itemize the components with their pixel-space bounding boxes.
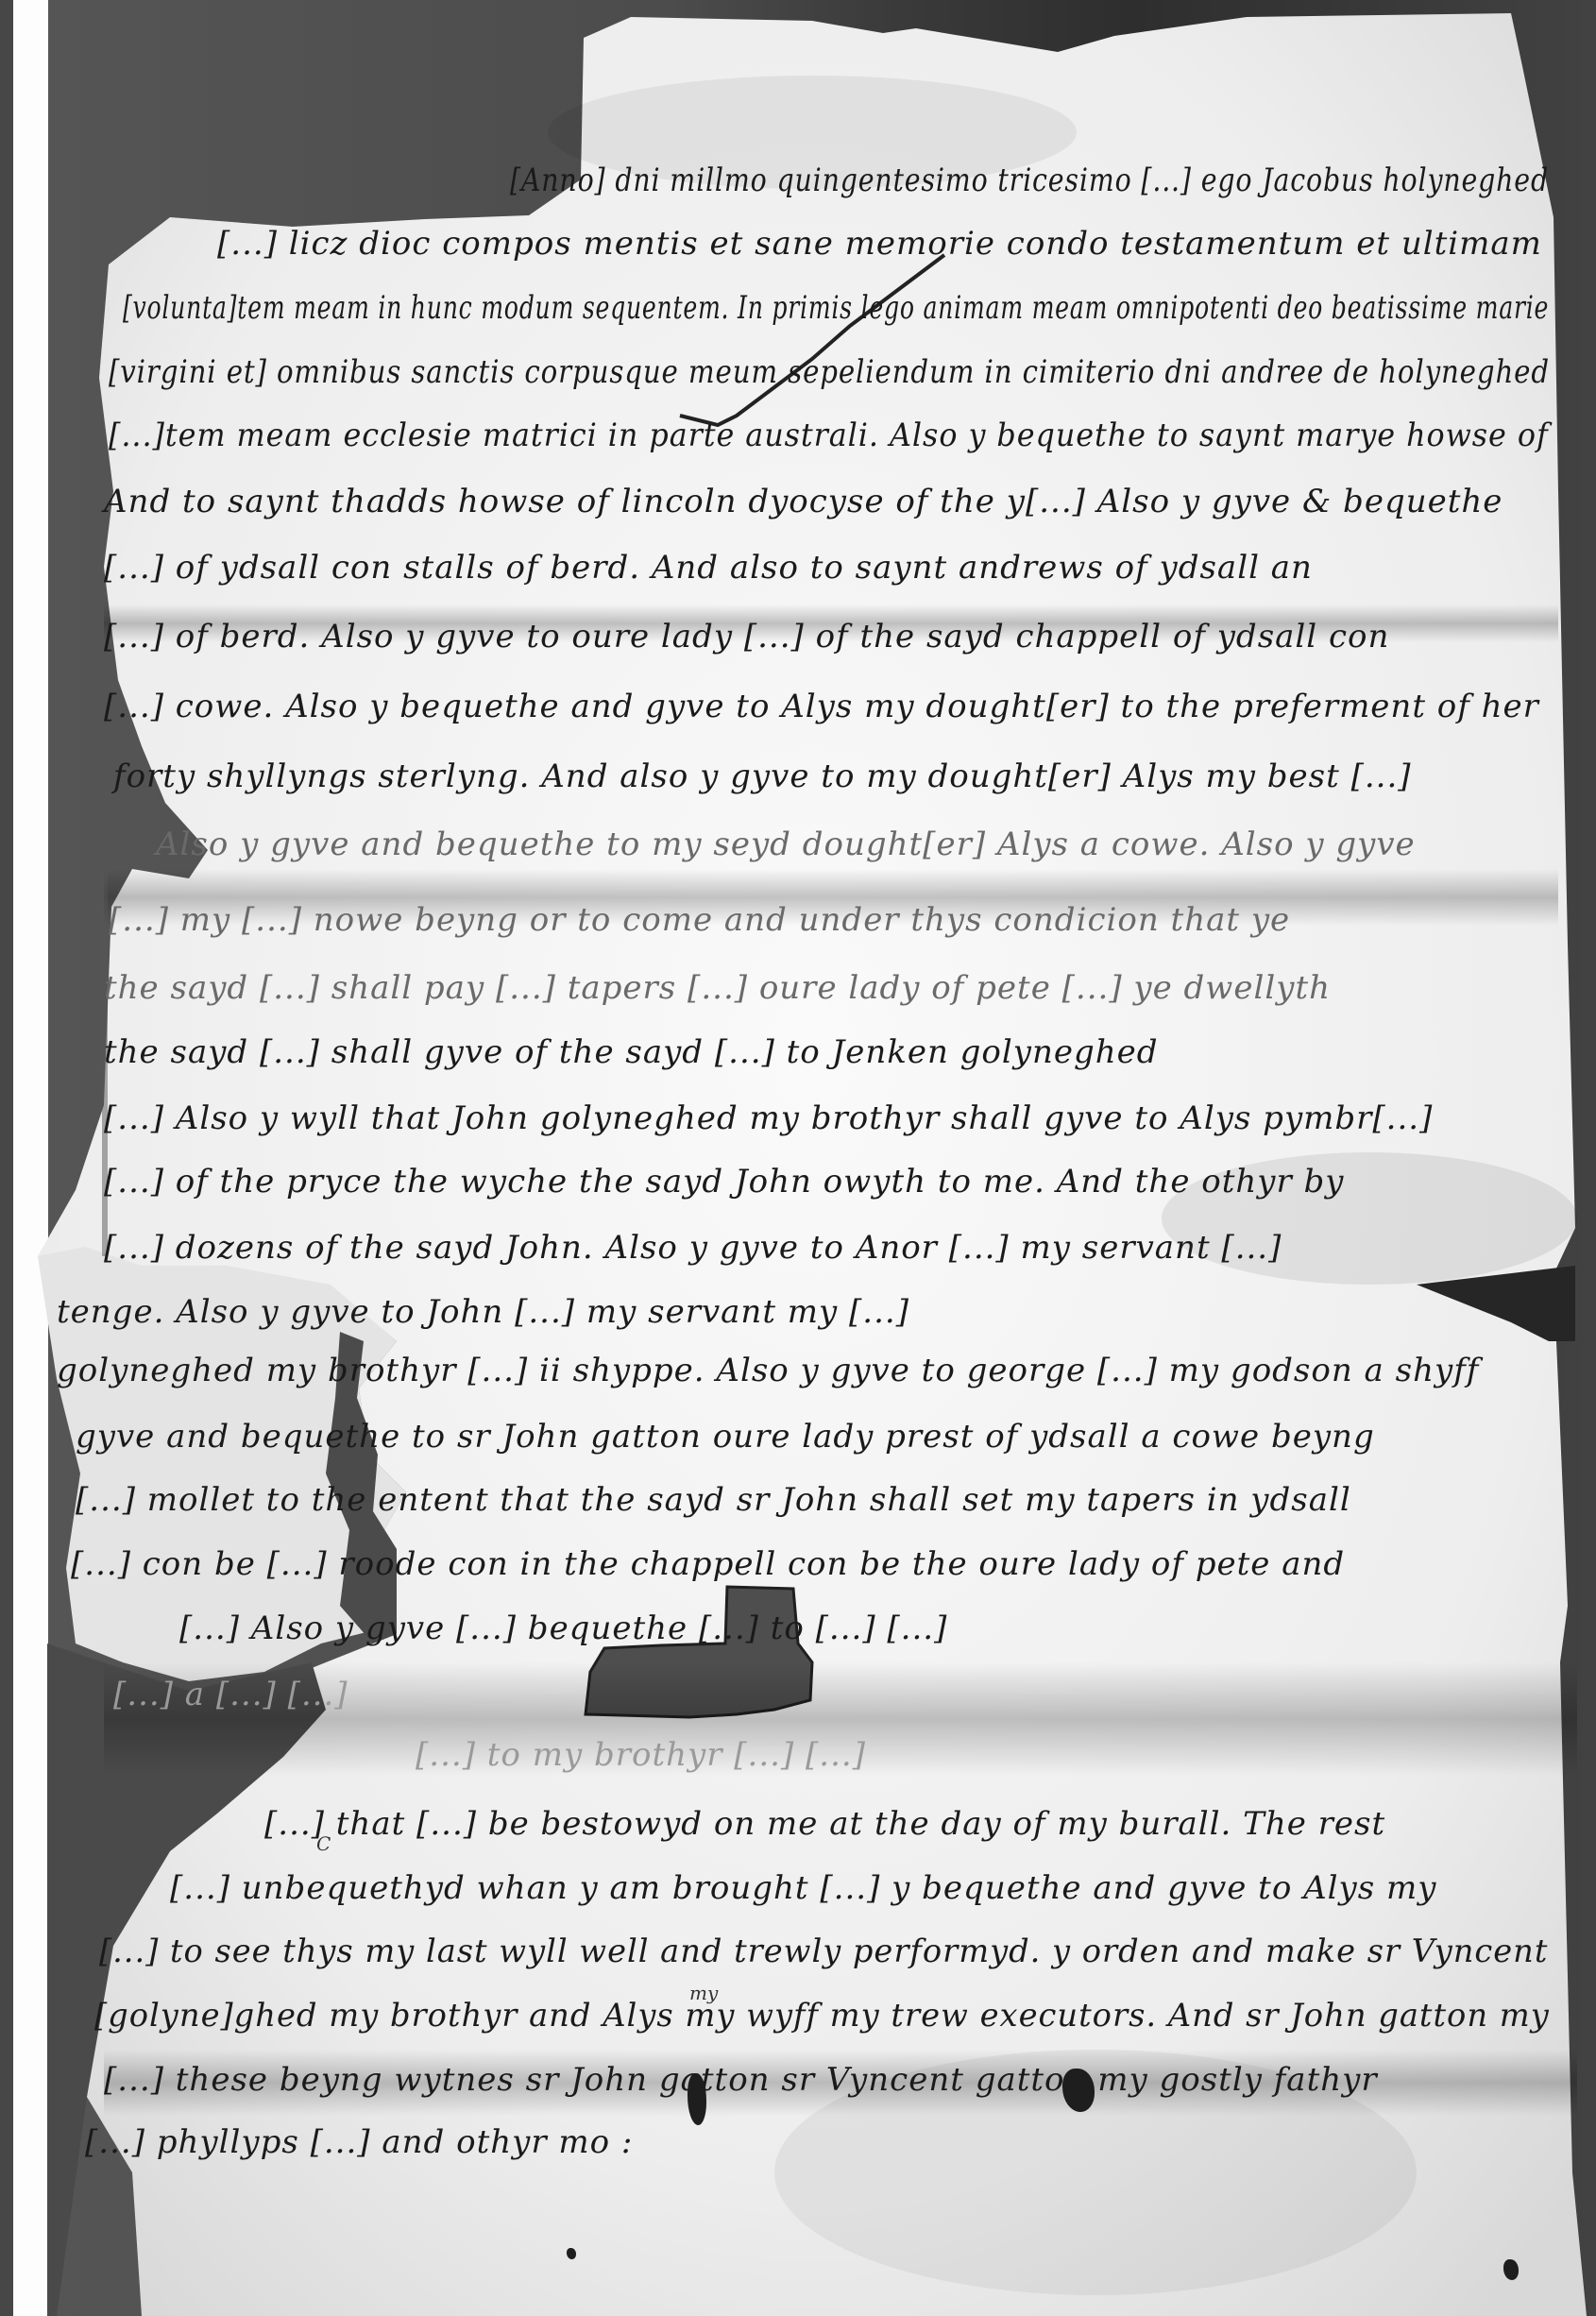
manuscript-line-9: [...] cowe. Also y bequethe and gyve to … [104,688,1539,725]
manuscript-line-10: forty shyllyngs sterlyng. And also y gyv… [113,758,1412,795]
handwritten-text-block: [Anno] dni millmo quingentesimo tricesim… [0,0,1596,2316]
manuscript-line-14: the sayd [...] shall gyve of the sayd [.… [104,1033,1159,1071]
ink-blot-1 [688,2073,706,2125]
manuscript-line-19: golyneghed my brothyr [...] ii shyppe. A… [57,1352,1479,1389]
manuscript-line-16: [...] of the pryce the wyche the sayd Jo… [104,1163,1345,1201]
interlinear-note: my [689,1982,718,2004]
manuscript-line-13: the sayd [...] shall pay [...] tapers [.… [104,969,1331,1007]
manuscript-line-21: [...] mollet to the entent that the sayd… [76,1481,1351,1519]
interlinear-note: C [316,1832,331,1855]
ink-dot-1 [567,2248,576,2259]
manuscript-line-28: [...] to see thys my last wyll well and … [99,1933,1548,1970]
manuscript-line-3: [volunta]tem meam in hunc modum sequente… [123,289,1549,327]
manuscript-line-7: [...] of ydsall con stalls of berd. And … [104,549,1313,587]
manuscript-line-24: [...] a [...] [...] [113,1676,348,1713]
ink-dot-2 [1503,2259,1519,2280]
manuscript-line-6: And to saynt thadds howse of lincoln dyo… [104,483,1503,520]
manuscript-line-5: [...]tem meam ecclesie matrici in parte … [109,417,1549,454]
manuscript-line-26: [...] that [...] be bestowyd on me at th… [264,1805,1385,1843]
manuscript-line-31: [...] phyllyps [...] and othyr mo : [85,2123,633,2161]
manuscript-line-11: Also y gyve and bequethe to my seyd doug… [156,826,1416,863]
manuscript-line-12: [...] my [...] nowe beyng or to come and… [109,901,1290,939]
manuscript-line-27: [...] unbequethyd whan y am brought [...… [170,1869,1436,1907]
manuscript-line-8: [...] of berd. Also y gyve to oure lady … [104,618,1389,656]
manuscript-line-25: [...] to my brothyr [...] [...] [416,1736,866,1774]
manuscript-line-18: tenge. Also y gyve to John [...] my serv… [57,1293,909,1331]
manuscript-line-23: [...] Also y gyve [...] bequethe [...] t… [179,1609,947,1647]
manuscript-line-1: [Anno] dni millmo quingentesimo tricesim… [510,162,1549,199]
manuscript-line-30: [...] these beyng wytnes sr John gatton … [104,2061,1378,2099]
manuscript-line-15: [...] Also y wyll that John golyneghed m… [104,1099,1433,1137]
manuscript-line-20: gyve and bequethe to sr John gatton oure… [76,1418,1375,1456]
manuscript-line-29: [golyne]ghed my brothyr and Alys my wyff… [94,1997,1550,2035]
manuscript-line-2: [...] licz dioc compos mentis et sane me… [217,225,1542,263]
manuscript-line-22: [...] con be [...] roode con in the chap… [71,1545,1345,1583]
manuscript-line-4: [virgini et] omnibus sanctis corpusque m… [109,353,1550,391]
manuscript-line-17: [...] dozens of the sayd John. Also y gy… [104,1229,1282,1267]
